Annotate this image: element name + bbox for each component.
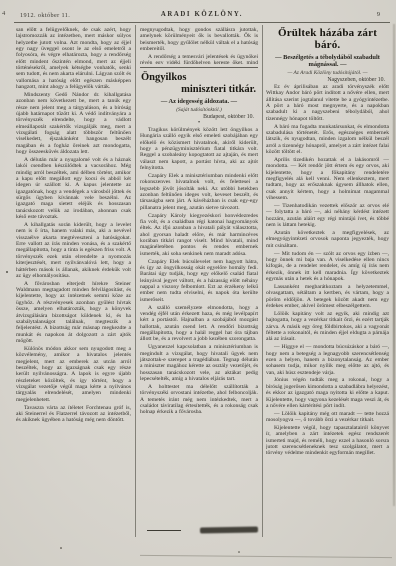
article-headline-line1: Öngyilkos [141,72,258,83]
paragraph: A rendőrség a temesvári jelentések és üg… [140,54,258,64]
column-3: Őrültek házába zárt báró. — Beszélgetés … [266,27,389,540]
paragraph: Ez év áprilisában az aradi törvényszék e… [266,84,389,122]
paragraph: A kihallgatás során kiderült, hogy a lev… [16,222,131,279]
masthead-title: ARADI KÖZLÖNY. [161,11,243,18]
article2-dateline: Nagyszeben, október 10. [266,77,385,83]
paragraph: — Tizenhatodikán vezettek először az orv… [266,203,389,228]
paragraph: Lassanként megbarátkoztam a helyzetemmel… [266,284,389,309]
paragraph: Jónius végén tudták meg a rokonai, hogy … [266,377,389,409]
paragraph: A fővárosban elterjedt hírekre Steiner W… [16,281,131,344]
paragraph: Mindszenty Gedő Nándor dr. kihallgatása … [16,92,131,155]
paragraph: Aprilis tizedikén hozattak el a lakásomr… [266,157,389,201]
col3-article-text: Ez év áprilisában az aradi törvényszék e… [266,84,389,457]
margin-speck [238,551,240,553]
article-byline: (Saját tudósítónktól.) [140,107,258,113]
paragraph: Czapáry Károly kiegyezéskori honvédezred… [140,213,258,257]
page-number: 9 [377,11,380,18]
margin-corner-mark: 4 [2,10,5,17]
paragraph: Kijelentette végül, hogy tapasztalatairó… [266,425,389,457]
paragraph: Tavaszra várta az ítéletet Forchtenau gr… [16,405,131,424]
article-subtitle: — Az idegesség áldozata. — [140,98,258,105]
header-rule [14,22,390,23]
paragraph: Különös módon akkor sem nyugodott meg a … [16,346,131,403]
article2-headline: Őrültek házába zárt báró. [266,27,389,51]
article2-byline: — Az Aradi Közlöny tudósítójától. — [266,70,389,76]
column-divider-1 [135,25,136,537]
page-header: 1912. október 11. ARADI KÖZLÖNY. 9 [14,10,390,22]
paragraph: Ugyanezzel kapcsolatban a minisztériumba… [140,344,258,382]
col2-article-text: Tragikus körülmények között lett öngyilk… [140,127,258,416]
paragraph: megnyugodtak, hogy gondos szállásra juto… [140,27,258,52]
issue-date: 1912. október 11. [20,12,70,19]
margin-speck [60,547,62,549]
smudged-signature [200,526,258,533]
paragraph: san előtt a felügyelőknek, de csak azért… [16,27,131,90]
paragraph: — Lölöik kapitány még ott maradt — tette… [266,411,389,424]
paragraph: Tragikus körülmények között lett öngyilk… [140,127,258,171]
paragraph: A szálló személyzete elmondotta, hogy a … [140,305,258,343]
section-dot: • [140,121,258,125]
paragraph: — Mit tudom én — szólt az orvos egy ízbe… [266,251,389,283]
margin-speck [6,271,8,273]
column-divider-2 [262,25,263,537]
newspaper-page-scan: 4 1912. október 11. ARADI KÖZLÖNY. 9 san… [0,0,396,566]
paragraph: Czapáry Elek búcsúlevelet nem hagyott há… [140,259,258,303]
col2-continuation-text: megnyugodtak, hogy gondos szállásra juto… [140,27,258,64]
col1-text: san előtt a felügyelőknek, de csak azért… [16,27,131,424]
article2-subtitle: — Beszélgetés a tébolydából szabadult má… [266,54,389,68]
article-dateline: Budapest, október 10. [140,114,254,120]
page-edge-shadow [393,24,395,506]
paragraph: — Higgye el — mondotta búcsúzáskor a bár… [266,344,389,376]
paragraph: A délután már a nyugalomé volt és a házn… [16,157,131,220]
paragraph: Lölöik kapitány volt az egyik, aki mindi… [266,311,389,343]
article-end-dash [147,530,181,531]
article-headline-line2: miniszteri titkár. [140,84,256,95]
paragraph: A holttestet ma délelőtt szállították a … [140,384,258,416]
paragraph: Czapáry Elek a minisztériumban mindenki … [140,173,258,211]
bottom-fold-line [140,555,392,558]
column-1: san előtt a felügyelőknek, de csak azért… [16,27,131,538]
paragraph: Azután következtek a megfigyelések, az e… [266,230,389,249]
column-2: megnyugodtak, hogy gondos szállásra juto… [140,27,258,527]
article-separator-rule [140,67,258,68]
paragraph: A báró ma fogadta munkatársunkat, és elm… [266,124,389,156]
